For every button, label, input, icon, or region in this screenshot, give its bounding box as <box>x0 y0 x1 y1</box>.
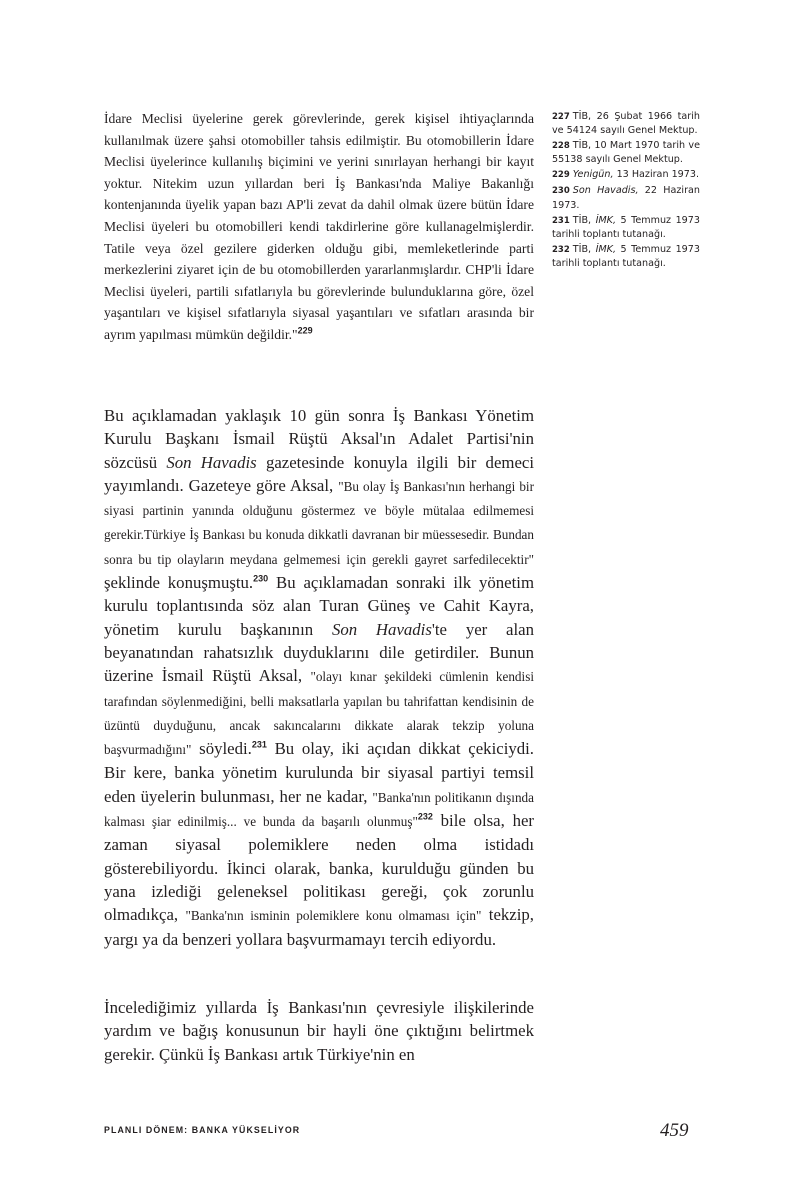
footnote-text: TİB, <box>573 244 596 255</box>
newspaper-title: Son Havadis <box>332 620 432 639</box>
text: İncelediğimiz yıllarda İş Bankası'nın çe… <box>104 998 534 1064</box>
footnote-number: 229 <box>552 170 570 180</box>
footnote-text: TİB, 10 Mart 1970 tarih ve 55138 sayılı … <box>552 140 700 165</box>
footnote-ref-232[interactable]: 232 <box>418 811 433 821</box>
newspaper-title: Son Havadis <box>166 453 256 472</box>
sidenotes: 227TİB, 26 Şubat 1966 tarih ve 54124 say… <box>552 110 700 272</box>
running-footer-title: PLANLI DÖNEM: BANKA YÜKSELİYOR <box>104 1125 300 1135</box>
footnote-number: 230 <box>552 186 570 196</box>
footnote-ref-229[interactable]: 229 <box>298 325 313 335</box>
quote: "Banka'nın isminin polemiklere konu olma… <box>185 908 481 923</box>
text: şeklinde konuşmuştu. <box>104 573 253 592</box>
footnote-text: TİB, 26 Şubat 1966 tarih ve 54124 sayılı… <box>552 111 700 136</box>
text: söyledi. <box>191 739 251 758</box>
footnote-number: 228 <box>552 141 570 151</box>
footnote-number: 227 <box>552 112 570 122</box>
footnote-italic: İMK, <box>596 244 616 255</box>
footnote-italic: Yenigün, <box>573 169 614 180</box>
footnote-231: 231TİB, İMK, 5 Temmuz 1973 tarihli topla… <box>552 214 700 241</box>
footnote-228: 228TİB, 10 Mart 1970 tarih ve 55138 sayı… <box>552 139 700 166</box>
body-paragraph-2: İncelediğimiz yıllarda İş Bankası'nın çe… <box>104 996 534 1066</box>
footnote-italic: Son Havadis, <box>573 185 639 196</box>
page-number: 459 <box>660 1120 689 1142</box>
block-quote: İdare Meclisi üyelerine gerek görevlerin… <box>104 108 534 346</box>
footnote-number: 232 <box>552 245 570 255</box>
body-paragraph-1: Bu açıklamadan yaklaşık 10 gün sonra İş … <box>104 404 534 951</box>
footnote-227: 227TİB, 26 Şubat 1966 tarih ve 54124 say… <box>552 110 700 137</box>
footnote-230: 230Son Havadis, 22 Haziran 1973. <box>552 184 700 211</box>
footnote-229: 229Yenigün, 13 Haziran 1973. <box>552 168 700 182</box>
footnote-text: 13 Haziran 1973. <box>614 169 700 180</box>
block-quote-text: İdare Meclisi üyelerine gerek görevlerin… <box>104 111 534 342</box>
footnote-ref-231[interactable]: 231 <box>252 740 267 750</box>
footnote-number: 231 <box>552 216 570 226</box>
footnote-text: TİB, <box>573 215 596 226</box>
footnote-italic: İMK, <box>596 215 616 226</box>
footnote-ref-230[interactable]: 230 <box>253 573 268 583</box>
footnote-232: 232TİB, İMK, 5 Temmuz 1973 tarihli topla… <box>552 243 700 270</box>
